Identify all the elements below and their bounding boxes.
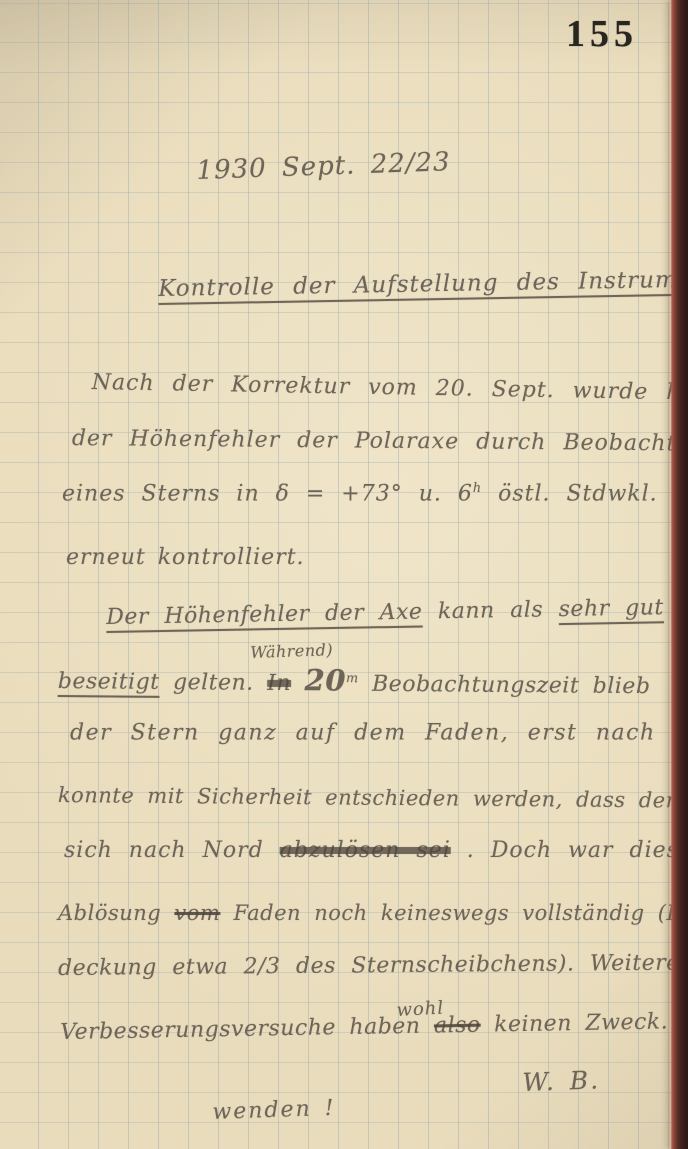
text-segment: keinen Zweck. xyxy=(480,1009,668,1037)
text-segment: gelten. xyxy=(159,670,267,696)
handwriting-line-9: der Stern ganz auf dem Faden, erst nach … xyxy=(70,720,688,745)
page-number: 155 xyxy=(566,12,638,56)
notebook-page: 155 1930 Sept. 22/23Kontrolle der Aufste… xyxy=(0,0,688,1149)
handwriting-line-11: sich nach Nord abzulösen sei . Doch war … xyxy=(64,838,688,863)
handwriting-line-16: W. B. xyxy=(522,1065,601,1097)
text-segment: wenden ! xyxy=(212,1096,336,1125)
text-segment: eines Sterns in δ = +73° u. 6 xyxy=(62,481,473,506)
text-segment: h xyxy=(473,481,482,496)
handwriting-line-17: wenden ! xyxy=(212,1096,336,1125)
text-segment: W. B. xyxy=(522,1065,601,1097)
text-segment: abzulösen sei xyxy=(280,838,451,863)
text-segment xyxy=(291,671,305,696)
handwriting-line-5: erneut kontrolliert. xyxy=(66,545,305,570)
handwriting-line-8: beseitigt gelten. In 20m Beobachtungszei… xyxy=(58,661,651,700)
handwriting-line-7: Während) xyxy=(250,640,333,662)
text-segment: der Stern ganz auf dem Faden, erst nach … xyxy=(70,720,688,745)
text-segment: sich nach Nord xyxy=(64,838,280,863)
book-edge xyxy=(670,0,688,1149)
text-segment: Während) xyxy=(250,640,333,662)
text-segment: erneut kontrolliert. xyxy=(66,545,305,570)
text-segment: Faden noch keineswegs vollständig (Be- xyxy=(220,901,688,925)
text-segment: Ablösung xyxy=(58,901,174,925)
text-segment: vom xyxy=(174,901,220,925)
text-segment: sehr gut xyxy=(558,595,664,622)
handwriting-line-4: eines Sterns in δ = +73° u. 6h östl. Std… xyxy=(62,481,658,506)
text-segment: also xyxy=(434,1013,481,1039)
text-segment: östl. Stdwkl. xyxy=(482,481,658,506)
text-segment: In xyxy=(267,671,291,696)
text-segment: m xyxy=(346,671,359,686)
text-segment: 20 xyxy=(304,663,346,697)
text-segment: beseitigt xyxy=(58,669,160,695)
text-segment: kann als xyxy=(422,597,559,624)
text-segment: . Doch war diese xyxy=(451,838,688,863)
text-segment: Beobachtungszeit blieb xyxy=(358,672,650,700)
handwriting-line-12: Ablösung vom Faden noch keineswegs volls… xyxy=(58,901,688,925)
